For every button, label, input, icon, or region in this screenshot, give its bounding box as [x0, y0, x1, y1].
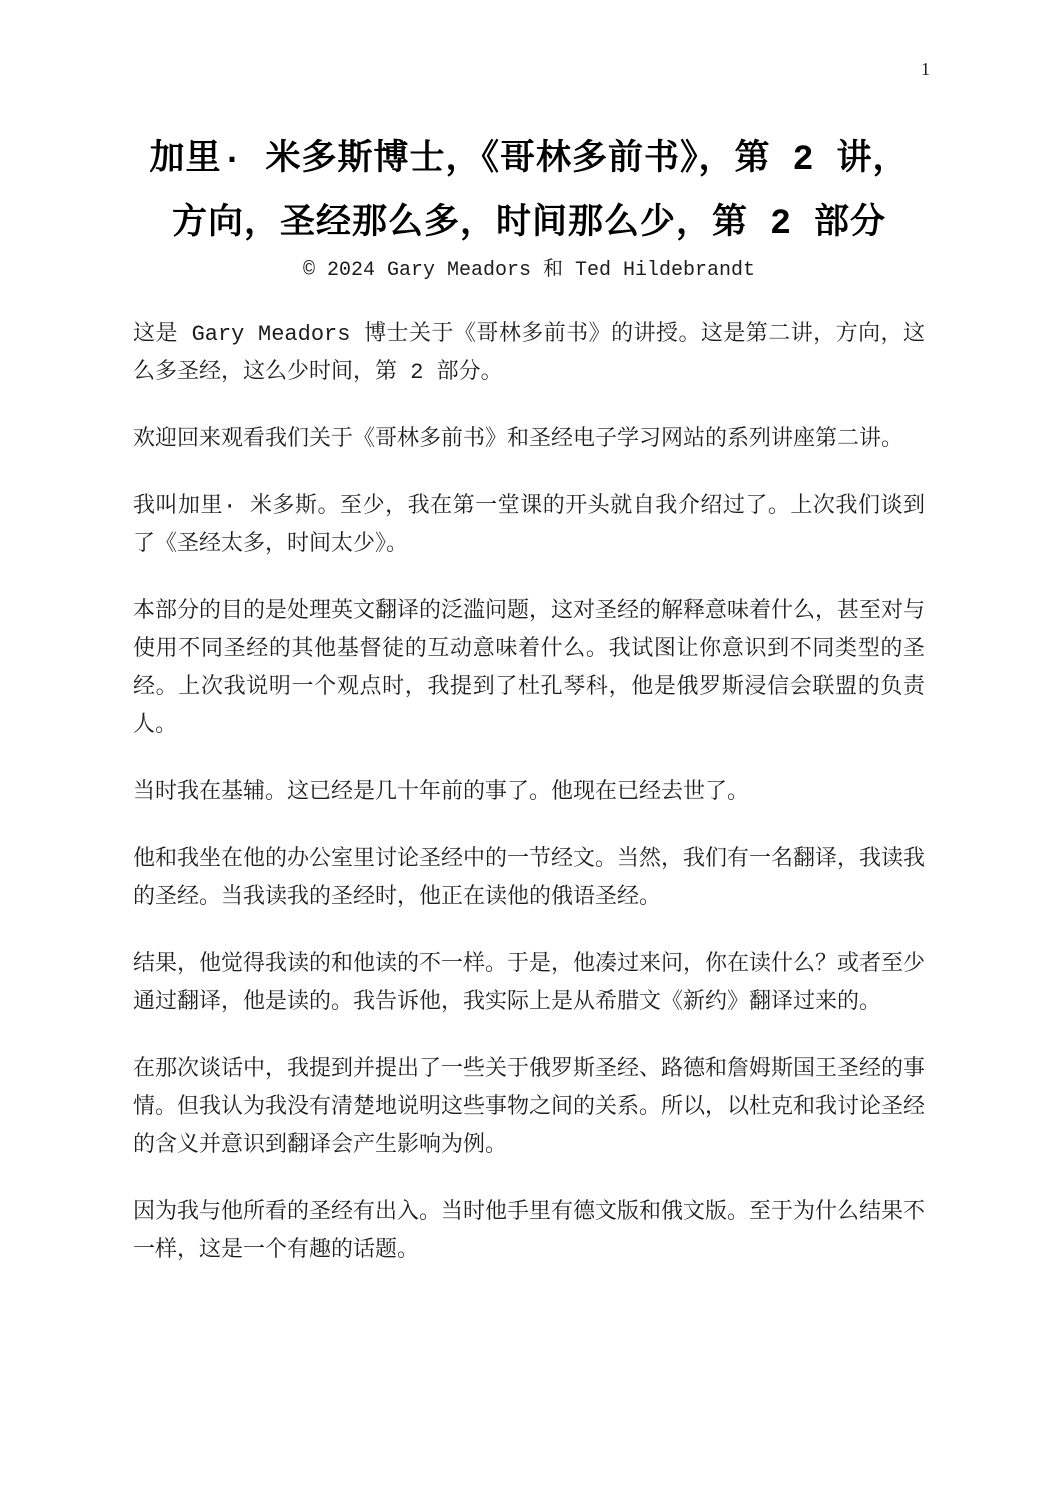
page-number: 1 — [921, 56, 930, 82]
page-content: 加里· 米多斯博士，《哥林多前书》，第 2 讲， 方向，圣经那么多，时间那么少，… — [0, 0, 1058, 1270]
paragraph-8: 在那次谈话中，我提到并提出了一些关于俄罗斯圣经、路德和詹姆斯国王圣经的事情。但我… — [133, 1051, 925, 1165]
title-line-2: 方向，圣经那么多，时间那么少，第 2 部分 — [133, 192, 925, 256]
document-body: 这是 Gary Meadors 博士关于《哥林多前书》的讲授。这是第二讲，方向，… — [133, 316, 925, 1270]
document-page: 1 加里· 米多斯博士，《哥林多前书》，第 2 讲， 方向，圣经那么多，时间那么… — [0, 0, 1058, 1497]
paragraph-2: 欢迎回来观看我们关于《哥林多前书》和圣经电子学习网站的系列讲座第二讲。 — [133, 421, 925, 459]
paragraph-1: 这是 Gary Meadors 博士关于《哥林多前书》的讲授。这是第二讲，方向，… — [133, 316, 925, 392]
paragraph-9: 因为我与他所看的圣经有出入。当时他手里有德文版和俄文版。至于为什么结果不一样，这… — [133, 1194, 925, 1270]
paragraph-6: 他和我坐在他的办公室里讨论圣经中的一节经文。当然，我们有一名翻译，我读我的圣经。… — [133, 841, 925, 917]
document-title: 加里· 米多斯博士，《哥林多前书》，第 2 讲， 方向，圣经那么多，时间那么少，… — [133, 128, 925, 256]
paragraph-5: 当时我在基辅。这已经是几十年前的事了。他现在已经去世了。 — [133, 774, 925, 812]
paragraph-7: 结果，他觉得我读的和他读的不一样。于是，他凑过来问，你在读什么？或者至少通过翻译… — [133, 946, 925, 1022]
paragraph-4: 本部分的目的是处理英文翻译的泛滥问题，这对圣经的解释意味着什么，甚至对与使用不同… — [133, 593, 925, 745]
title-line-1: 加里· 米多斯博士，《哥林多前书》，第 2 讲， — [133, 128, 925, 192]
copyright-line: © 2024 Gary Meadors 和 Ted Hildebrandt — [133, 256, 925, 286]
paragraph-3: 我叫加里· 米多斯。至少，我在第一堂课的开头就自我介绍过了。上次我们谈到了《圣经… — [133, 488, 925, 564]
